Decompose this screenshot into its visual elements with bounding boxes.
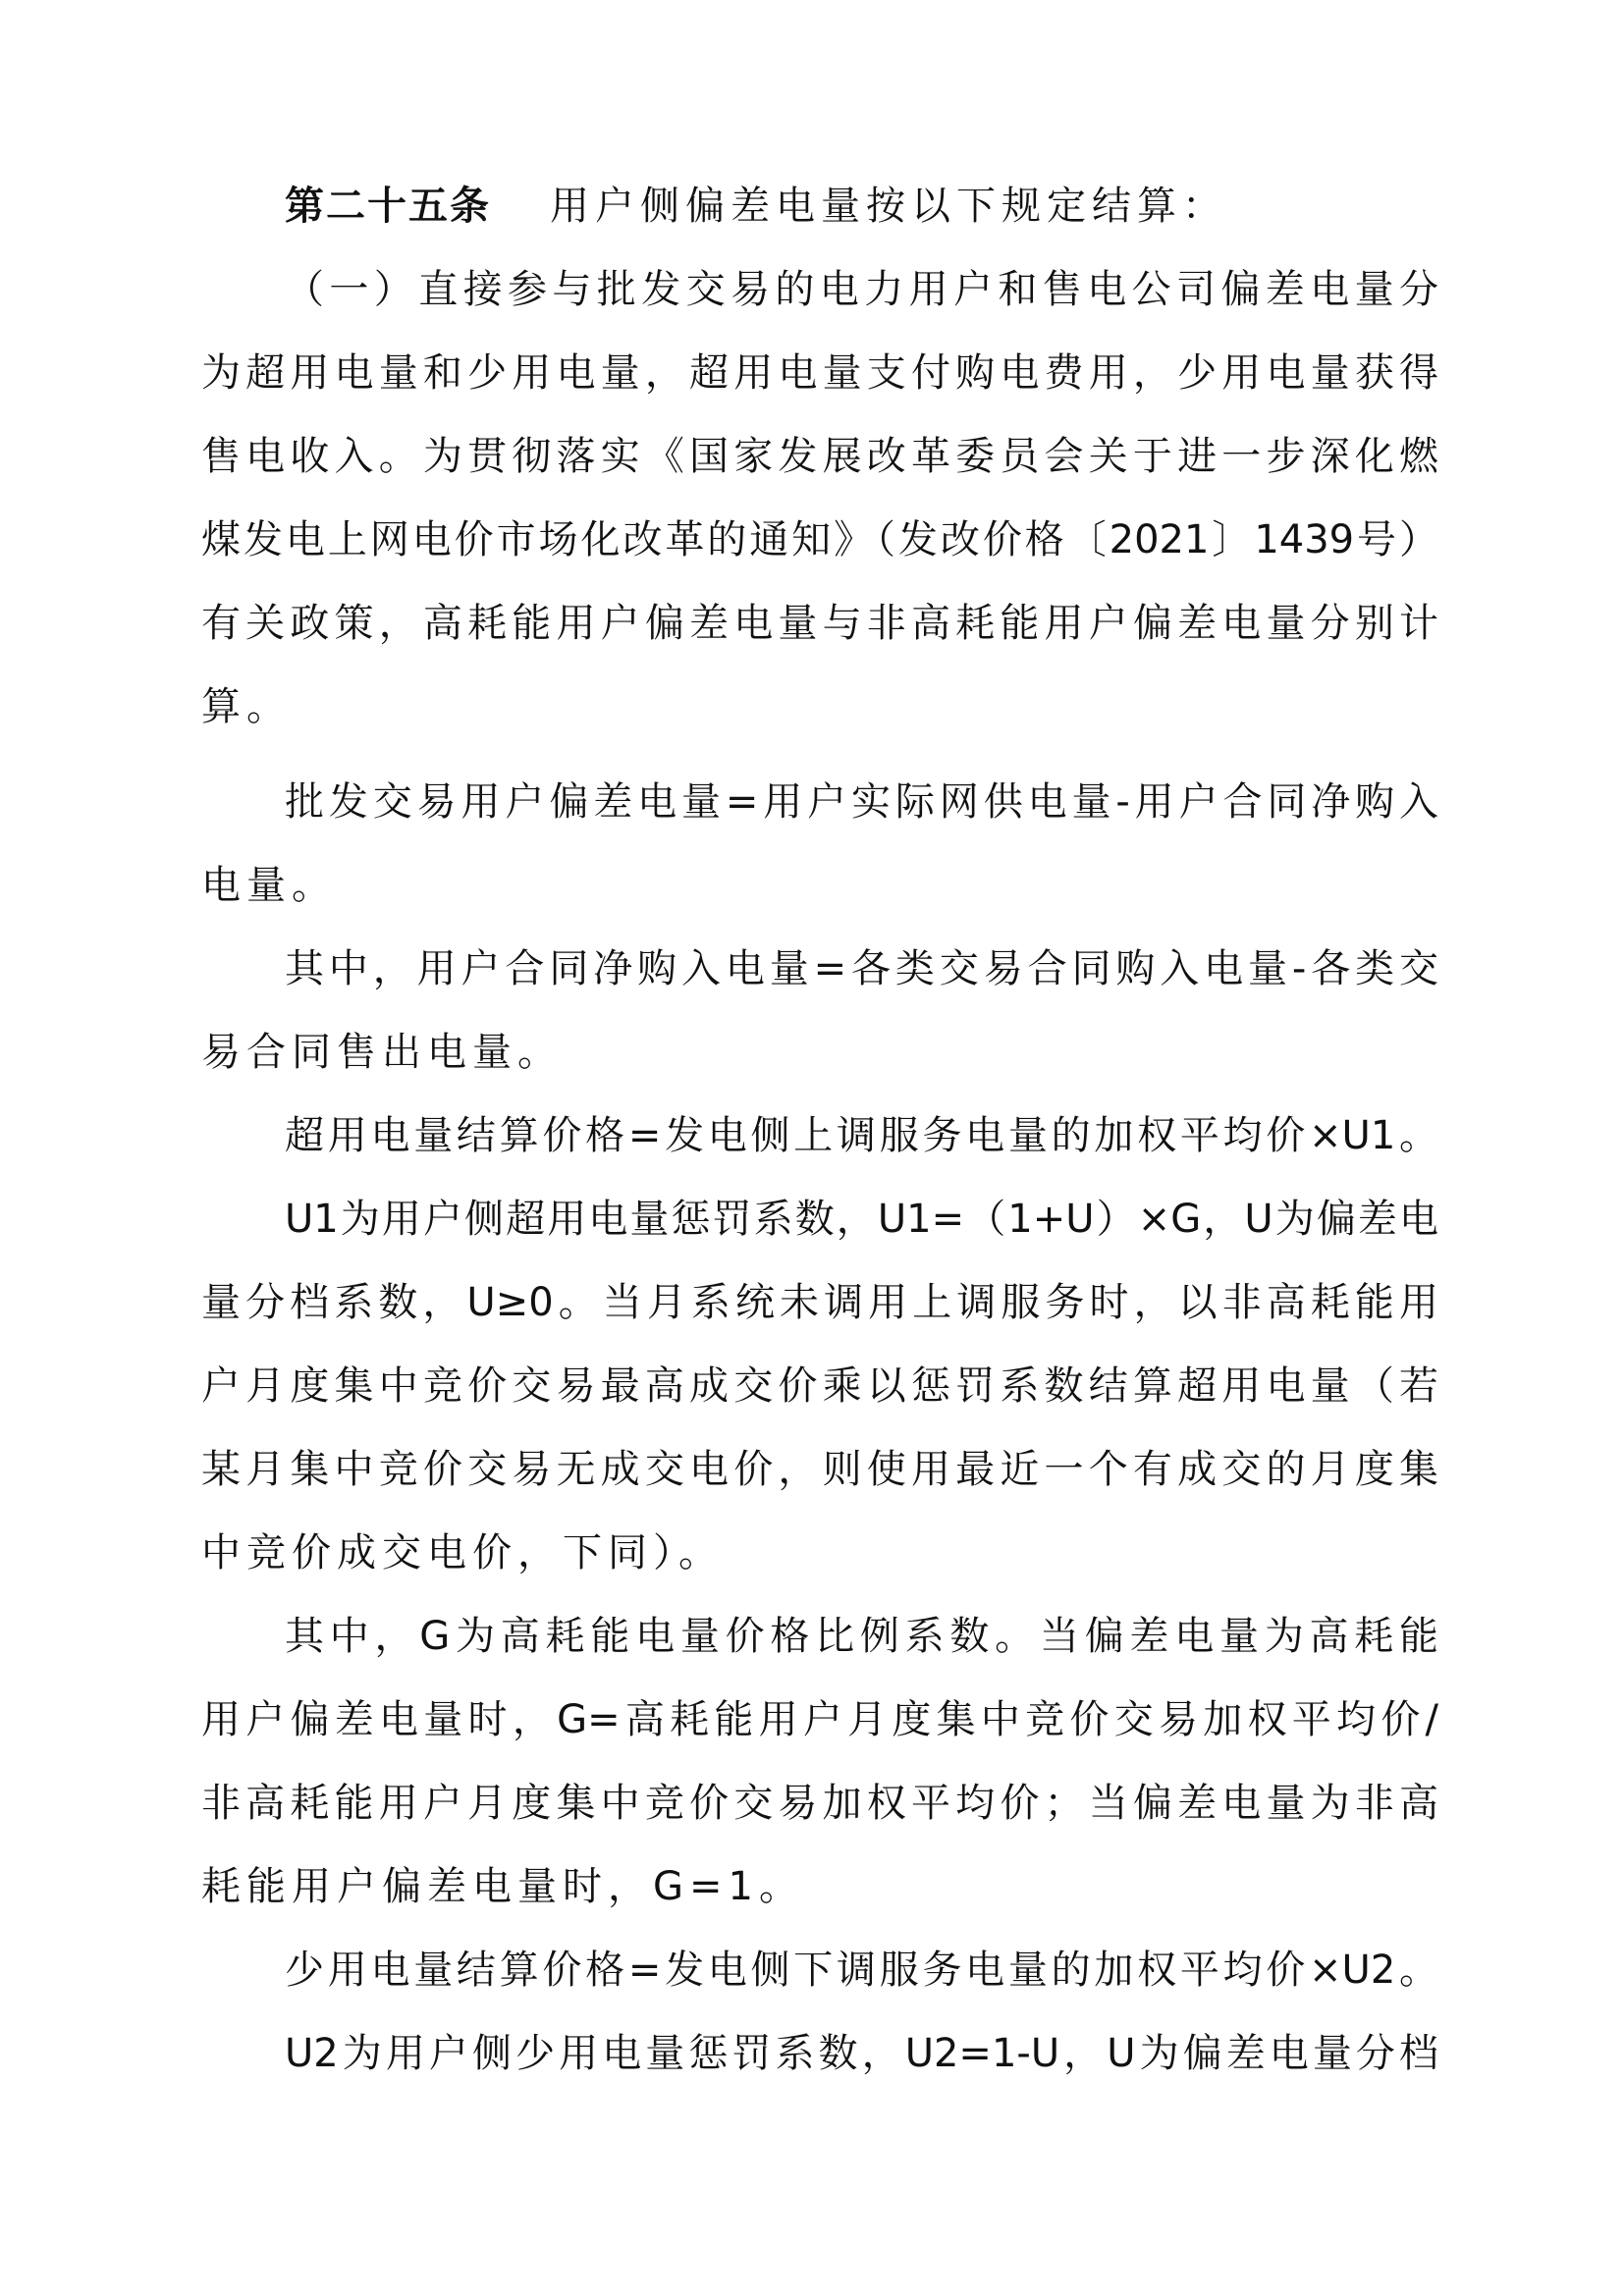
paragraph-line: 其中，用户合同净购入电量=各类交易合同购入电量-各类交 <box>285 941 1438 996</box>
paragraph-line: 中竞价成交电价，下同）。 <box>201 1525 1438 1580</box>
paragraph-line: U2为用户侧少用电量惩罚系数，U2=1-U，U为偏差电量分档 <box>285 2026 1438 2081</box>
paragraph-line: 其中，G为高耗能电量价格比例系数。当偏差电量为高耗能 <box>285 1609 1438 1664</box>
article-heading: 第二十五条用户侧偏差电量按以下规定结算： <box>285 179 1438 234</box>
paragraph-line: （一）直接参与批发交易的电力用户和售电公司偏差电量分 <box>285 262 1438 317</box>
paragraph-line: 非高耗能用户月度集中竞价交易加权平均价；当偏差电量为非高 <box>201 1776 1438 1831</box>
paragraph-line: U1为用户侧超用电量惩罚系数，U1=（1+U）×G，U为偏差电 <box>285 1192 1438 1247</box>
paragraph-line: 为超用电量和少用电量，超用电量支付购电费用，少用电量获得 <box>201 346 1438 400</box>
paragraph-line: 耗能用户偏差电量时，G=1。 <box>201 1859 1438 1914</box>
paragraph-line: 有关政策，高耗能用户偏差电量与非高耗能用户偏差电量分别计 <box>201 596 1438 651</box>
article-title: 用户侧偏差电量按以下规定结算： <box>550 184 1227 229</box>
paragraph-line: 用户偏差电量时，G=高耗能用户月度集中竞价交易加权平均价/ <box>201 1692 1438 1747</box>
paragraph-line: 超用电量结算价格=发电侧上调服务电量的加权平均价×U1。 <box>285 1108 1438 1163</box>
paragraph-line: 易合同售出电量。 <box>201 1025 1438 1080</box>
paragraph-line: 量分档系数，U≥0。当月系统未调用上调服务时，以非高耗能用 <box>201 1275 1438 1330</box>
paragraph-line: 少用电量结算价格=发电侧下调服务电量的加权平均价×U2。 <box>285 1943 1438 1998</box>
paragraph-line: 户月度集中竞价交易最高成交价乘以惩罚系数结算超用电量（若 <box>201 1359 1438 1414</box>
paragraph-line: 批发交易用户偏差电量=用户实际网供电量-用户合同净购入 <box>285 774 1438 829</box>
paragraph-line: 电量。 <box>201 858 1438 913</box>
paragraph-line: 煤发电上网电价市场化改革的通知》（发改价格〔2021〕1439号） <box>201 512 1438 567</box>
paragraph-line: 售电收入。为贯彻落实《国家发展改革委员会关于进一步深化燃 <box>201 429 1438 484</box>
paragraph-line: 算。 <box>201 679 1438 734</box>
article-label: 第二十五条 <box>285 184 491 229</box>
document-page: 第二十五条用户侧偏差电量按以下规定结算： （一）直接参与批发交易的电力用户和售电… <box>0 0 1624 2296</box>
paragraph-line: 某月集中竞价交易无成交电价，则使用最近一个有成交的月度集 <box>201 1442 1438 1497</box>
